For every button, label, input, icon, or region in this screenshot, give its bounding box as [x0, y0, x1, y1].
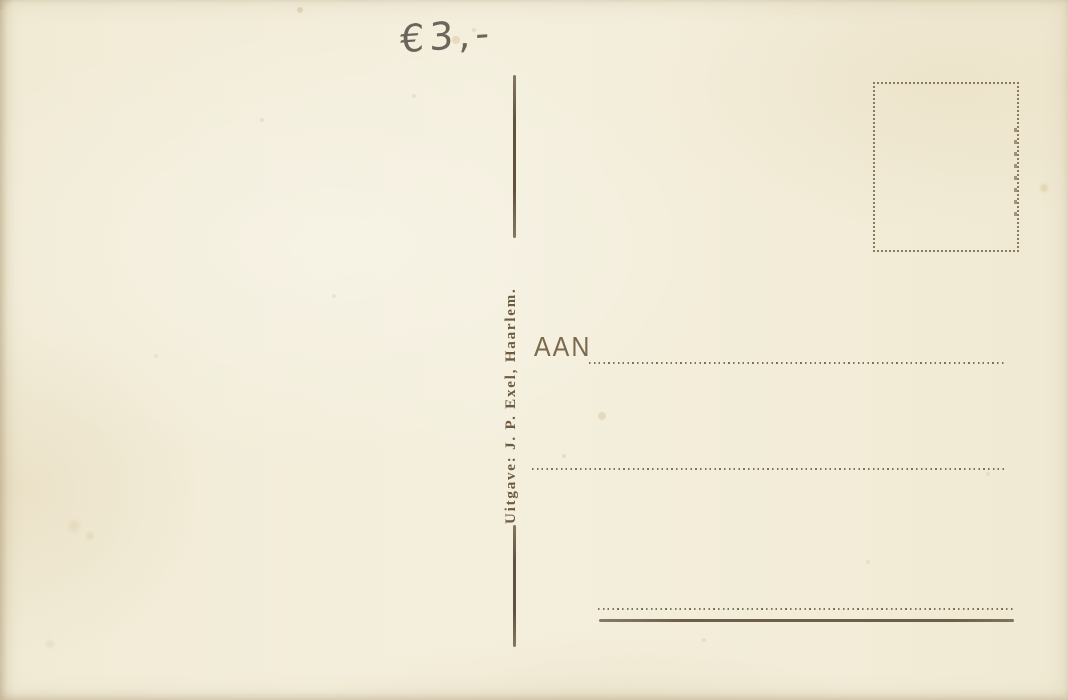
stamp-box-ink-marks: [1014, 128, 1017, 224]
corner-wear: [0, 0, 14, 10]
divider-line-bottom: [513, 525, 516, 647]
address-line-3: [598, 608, 1014, 610]
postcard-back: €3,- Uitgave: J. P. Exel, Haarlem. AAN: [0, 0, 1068, 700]
publisher-imprint: Uitgave: J. P. Exel, Haarlem.: [503, 287, 520, 524]
address-line-1: [589, 362, 1006, 364]
address-line-2: [532, 468, 1004, 470]
address-label-aan: AAN: [534, 331, 591, 363]
divider-line-top: [513, 75, 516, 238]
handwritten-price: €3,-: [400, 11, 494, 62]
stamp-box: [873, 82, 1019, 252]
bottom-rule: [599, 619, 1014, 622]
